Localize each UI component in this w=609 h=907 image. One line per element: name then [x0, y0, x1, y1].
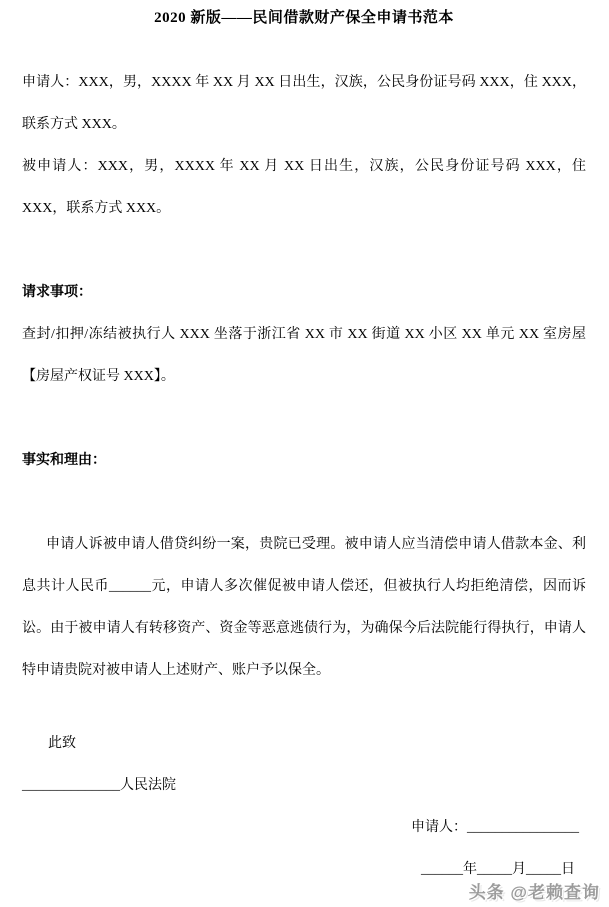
document-title: 2020 新版——民间借款财产保全申请书范本 [22, 6, 586, 30]
applicant-signature-line: 申请人：________________ [22, 807, 586, 849]
respondent-paragraph: 被申请人：XXX，男，XXXX 年 XX 月 XX 日出生，汉族，公民身份证号码… [22, 146, 586, 230]
request-heading: 请求事项： [22, 272, 586, 314]
court-line: ______________人民法院 [22, 765, 586, 807]
facts-paragraph: 申请人诉被申请人借贷纠纷一案，贵院已受理。被申请人应当清偿申请人借款本金、利息共… [22, 524, 586, 692]
toutiao-watermark: 头条 @老赖查询 [469, 878, 600, 903]
facts-heading: 事实和理由： [22, 440, 586, 482]
court-blank-line: ______________ [22, 778, 120, 793]
applicant-signature-label: 申请人： [411, 820, 467, 835]
court-name-label: 人民法院 [120, 778, 176, 793]
document-page: 2020 新版——民间借款财产保全申请书范本 申请人：XXX，男，XXXX 年 … [0, 0, 609, 692]
closing-section: 此致 ______________人民法院 申请人：______________… [22, 723, 586, 891]
applicant-signature-blank: ________________ [467, 820, 579, 835]
request-paragraph: 查封/扣押/冻结被执行人 XXX 坐落于浙江省 XX 市 XX 街道 XX 小区… [22, 314, 586, 398]
applicant-paragraph: 申请人：XXX，男，XXXX 年 XX 月 XX 日出生，汉族，公民身份证号码 … [22, 62, 586, 146]
salutation-text: 此致 [22, 723, 586, 765]
